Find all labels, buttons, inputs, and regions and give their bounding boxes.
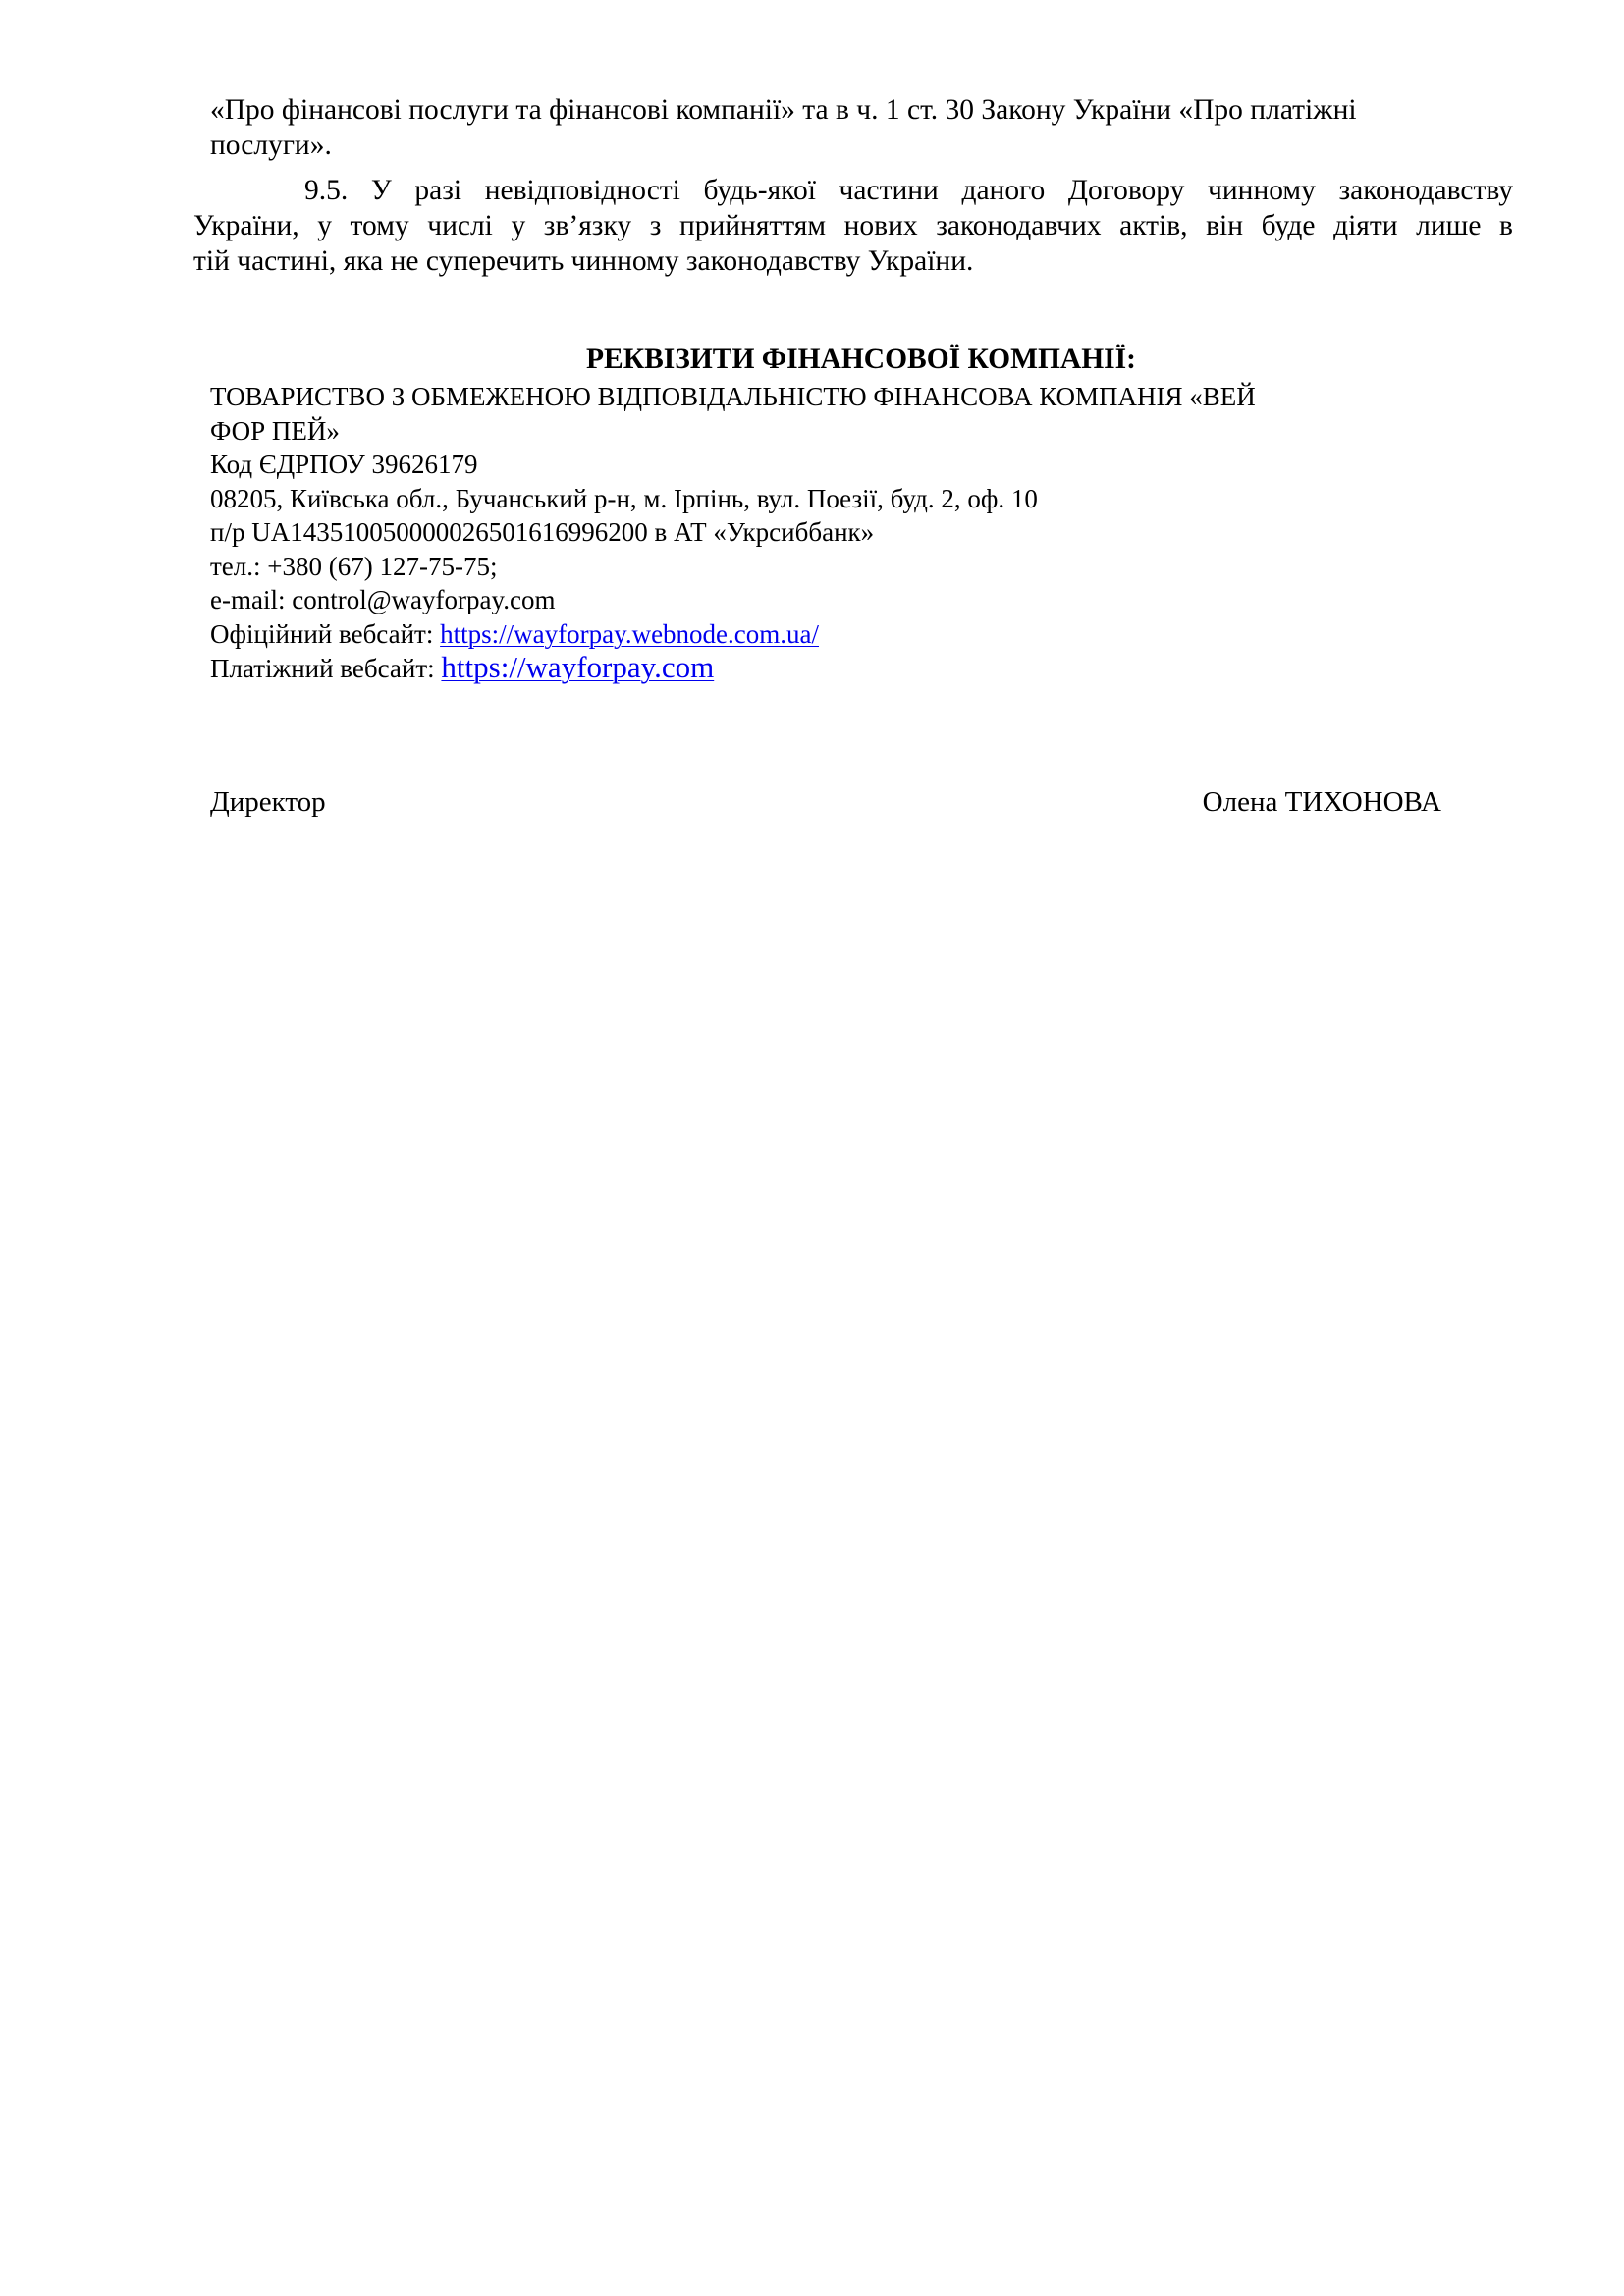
clause-number: 9.5. xyxy=(304,175,348,206)
paragraph-line: тій частині, яка не суперечить чинному з… xyxy=(193,243,1513,279)
paragraph-line: України, у тому числі у зв’язку з прийня… xyxy=(193,208,1513,243)
bank-account: п/р UA143510050000026501616996200 в АТ «… xyxy=(210,515,1256,550)
company-name-line: ФОР ПЕЙ» xyxy=(210,414,1256,449)
phone-number: тел.: +380 (67) 127-75-75; xyxy=(210,550,1256,584)
signatory-position: Директор xyxy=(210,785,326,819)
email-address: e-mail: control@wayforpay.com xyxy=(210,583,1256,617)
official-website-link[interactable]: https://wayforpay.webnode.com.ua/ xyxy=(440,619,819,649)
company-requisites: ТОВАРИСТВО З ОБМЕЖЕНОЮ ВІДПОВІДАЛЬНІСТЮ … xyxy=(210,380,1256,686)
company-name-line: ТОВАРИСТВО З ОБМЕЖЕНОЮ ВІДПОВІДАЛЬНІСТЮ … xyxy=(210,380,1256,414)
document-page: «Про фінансові послуги та фінансові комп… xyxy=(0,0,1624,2296)
paragraph-line: «Про фінансові послуги та фінансові комп… xyxy=(210,92,1526,128)
paragraph-line: 9.5. У разі невідповідності будь-якої ча… xyxy=(193,173,1513,208)
official-website-label: Офіційний вебсайт: xyxy=(210,619,440,649)
payment-website-label: Платіжний вебсайт: xyxy=(210,654,441,683)
requisites-heading: РЕКВІЗИТИ ФІНАНСОВОЇ КОМПАНІЇ: xyxy=(0,342,1624,377)
official-website-row: Офіційний вебсайт: https://wayforpay.web… xyxy=(210,617,1256,652)
signature-block: Директор Олена ТИХОНОВА xyxy=(210,785,1441,819)
edrpou-code: Код ЄДРПОУ 39626179 xyxy=(210,448,1256,482)
paragraph-line: послуги». xyxy=(210,128,1526,163)
clause-9-5-paragraph: 9.5. У разі невідповідності будь-якої ча… xyxy=(193,173,1513,279)
clause-text: У разі невідповідності будь-якої частини… xyxy=(371,175,1513,206)
continuation-paragraph: «Про фінансові послуги та фінансові комп… xyxy=(210,92,1526,163)
payment-website-link[interactable]: https://wayforpay.com xyxy=(441,650,714,684)
signatory-name: Олена ТИХОНОВА xyxy=(1203,785,1441,819)
payment-website-row: Платіжний вебсайт: https://wayforpay.com xyxy=(210,651,1256,686)
company-address: 08205, Київська обл., Бучанський р-н, м.… xyxy=(210,482,1256,516)
